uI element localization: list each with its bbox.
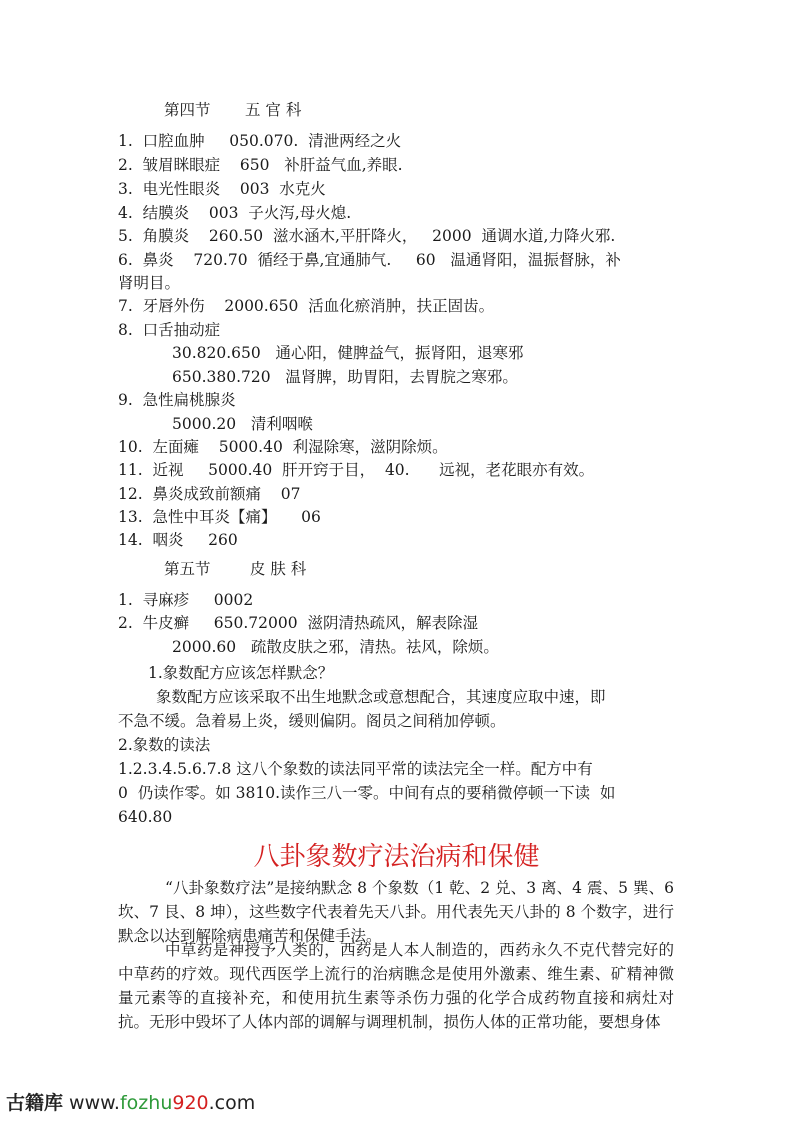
faq-answer-1-line2: 不急不缓。急着易上炎，缓则偏阴。阁员之间稍加停顿。 (118, 710, 506, 732)
list-item: 肾明目。 (118, 272, 180, 294)
list-item: 650.380.720 温肾脾，助胃阳，去胃脘之寒邪。 (172, 366, 518, 388)
faq-answer-2-line2: 0 仍读作零。如 3810.读作三八一零。中间有点的要稍微停顿一下读 如 (118, 782, 615, 804)
section4-heading: 第四节 五 官 科 (164, 99, 301, 121)
article-paragraph-2: 中草药是神授予人类的，西药是人本人制造的，西药永久不克代替完好的中草药的疗效。现… (118, 938, 674, 1034)
section5-heading: 第五节 皮 肤 科 (164, 558, 306, 580)
list-item: 3. 电光性眼炎 003 水克火 (118, 178, 326, 200)
faq-question-1: 1.象数配方应该怎样默念？ (148, 662, 333, 684)
faq-answer-1-line1: 象数配方应该采取不出生地默念或意想配合，其速度应取中速，即 (156, 686, 606, 708)
list-item: 6. 鼻炎 720.70 循经于鼻,宜通肺气. 60 温通肾阳，温振督脉，补 (118, 249, 621, 271)
list-item: 5. 角膜炎 260.50 滋水涵木,平肝降火， 2000 通调水道,力降火邪. (118, 225, 615, 247)
list-item: 1. 寻麻疹 0002 (118, 589, 253, 611)
faq-answer-2-line1: 1.2.3.4.5.6.7.8 这八个象数的读法同平常的读法完全一样。配方中有 (118, 758, 593, 780)
faq-question-2: 2.象数的读法 (118, 734, 210, 756)
list-item: 4. 结膜炎 003 子火泻,母火熄. (118, 202, 351, 224)
site-name: 古籍库 (6, 1092, 63, 1114)
list-item: 5000.20 清利咽喉 (172, 413, 313, 435)
list-item: 9. 急性扁桃腺炎 (118, 389, 236, 411)
list-item: 11. 近视 5000.40 肝开窍于目， 40. 远视，老花眼亦有效。 (118, 459, 594, 481)
site-url-prefix: www. (63, 1092, 120, 1114)
footer-watermark: 古籍库 www.fozhu920.com (6, 1088, 255, 1115)
list-item: 30.820.650 通心阳，健脾益气，振肾阳，退寒邪 (172, 342, 524, 364)
faq-answer-2-line3: 640.80 (118, 806, 172, 828)
list-item: 8. 口舌抽动症 (118, 319, 220, 341)
list-item: 14. 咽炎 260 (118, 529, 238, 551)
list-item: 2. 皱眉眯眼症 650 补肝益气血,养眼. (118, 154, 403, 176)
list-item: 2000.60 疏散皮肤之邪，清热。祛风，除烦。 (172, 636, 499, 658)
site-url-red: 920 (172, 1092, 208, 1114)
list-item: 2. 牛皮癣 650.72000 滋阴清热疏风，解表除湿 (118, 612, 478, 634)
site-url-suffix: .com (209, 1092, 256, 1114)
list-item: 1. 口腔血肿 050.070. 清泄两经之火 (118, 130, 401, 152)
list-item: 12. 鼻炎成致前额痛 07 (118, 483, 300, 505)
site-url-green: fozhu (120, 1092, 172, 1114)
list-item: 13. 急性中耳炎【痛】 06 (118, 506, 321, 528)
article-title: 八卦象数疗法治病和保健 (0, 840, 793, 874)
list-item: 10. 左面瘫 5000.40 利湿除寒，滋阴除烦。 (118, 436, 448, 458)
list-item: 7. 牙唇外伤 2000.650 活血化瘀消肿，扶正固齿。 (118, 295, 494, 317)
